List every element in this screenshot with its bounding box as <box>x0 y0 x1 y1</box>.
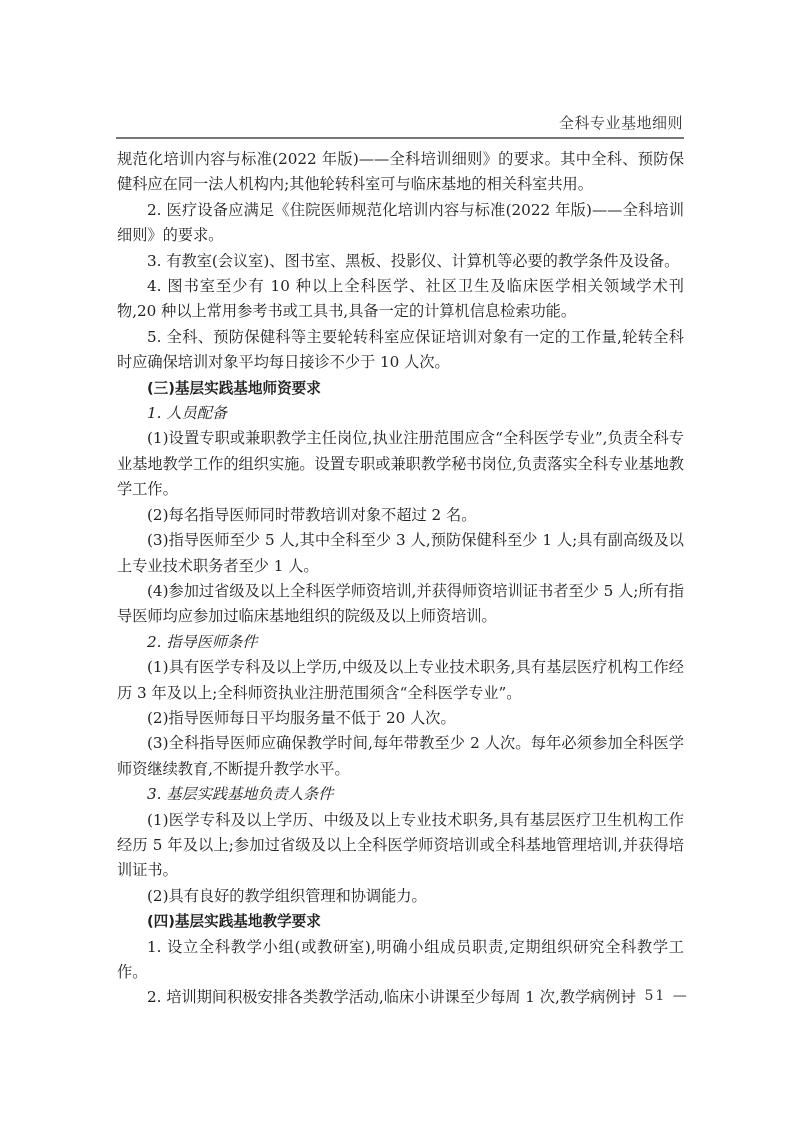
paragraph-item: (1)具有医学专科及以上学历,中级及以上专业技术职务,具有基层医疗机构工作经历 … <box>117 655 684 706</box>
paragraph-item: (4)参加过省级及以上全科医学师资培训,并获得师资培训证书者至少 5 人;所有指… <box>117 579 684 630</box>
running-header-title: 全科专业基地细则 <box>559 112 683 133</box>
paragraph-item: 3. 有教室(会议室)、图书室、黑板、投影仪、计算机等必要的教学条件及设备。 <box>117 249 684 274</box>
paragraph-item: (2)每名指导医师同时带教培训对象不超过 2 名。 <box>117 503 684 528</box>
subsection-heading: 2. 指导医师条件 <box>117 630 684 655</box>
document-body: 规范化培训内容与标准(2022 年版)——全科培训细则》的要求。其中全科、预防保… <box>117 147 684 1011</box>
paragraph-item: 5. 全科、预防保健科等主要轮转科室应保证培训对象有一定的工作量,轮转全科时应确… <box>117 325 684 376</box>
paragraph-item: (2)具有良好的教学组织管理和协调能力。 <box>117 884 684 909</box>
paragraph-item: (1)设置专职或兼职教学主任岗位,执业注册范围应含“全科医学专业”,负责全科专业… <box>117 426 684 502</box>
paragraph-item: (2)指导医师每日平均服务量不低于 20 人次。 <box>117 706 684 731</box>
paragraph-item: 2. 医疗设备应满足《住院医师规范化培训内容与标准(2022 年版)——全科培训… <box>117 198 684 249</box>
section-heading: (四)基层实践基地教学要求 <box>117 909 684 934</box>
subsection-heading: 3. 基层实践基地负责人条件 <box>117 782 684 807</box>
page-number: — 51 — <box>622 988 689 1004</box>
header-rule-divider <box>116 137 684 139</box>
subsection-heading: 1. 人员配备 <box>117 401 684 426</box>
paragraph-item: 2. 培训期间积极安排各类教学活动,临床小讲课至少每周 1 次,教学病例讨 <box>117 985 684 1010</box>
paragraph-item: (3)指导医师至少 5 人,其中全科至少 3 人,预防保健科至少 1 人;具有副… <box>117 528 684 579</box>
paragraph-item: 4. 图书室至少有 10 种以上全科医学、社区卫生及临床医学相关领域学术刊物,2… <box>117 274 684 325</box>
paragraph-item: 1. 设立全科教学小组(或教研室),明确小组成员职责,定期组织研究全科教学工作。 <box>117 935 684 986</box>
section-heading: (三)基层实践基地师资要求 <box>117 376 684 401</box>
paragraph-item: (3)全科指导医师应确保教学时间,每年带教至少 2 人次。每年必须参加全科医学师… <box>117 731 684 782</box>
paragraph-continuation: 规范化培训内容与标准(2022 年版)——全科培训细则》的要求。其中全科、预防保… <box>117 147 684 198</box>
paragraph-item: (1)医学专科及以上学历、中级及以上专业技术职务,具有基层医疗卫生机构工作经历 … <box>117 808 684 884</box>
